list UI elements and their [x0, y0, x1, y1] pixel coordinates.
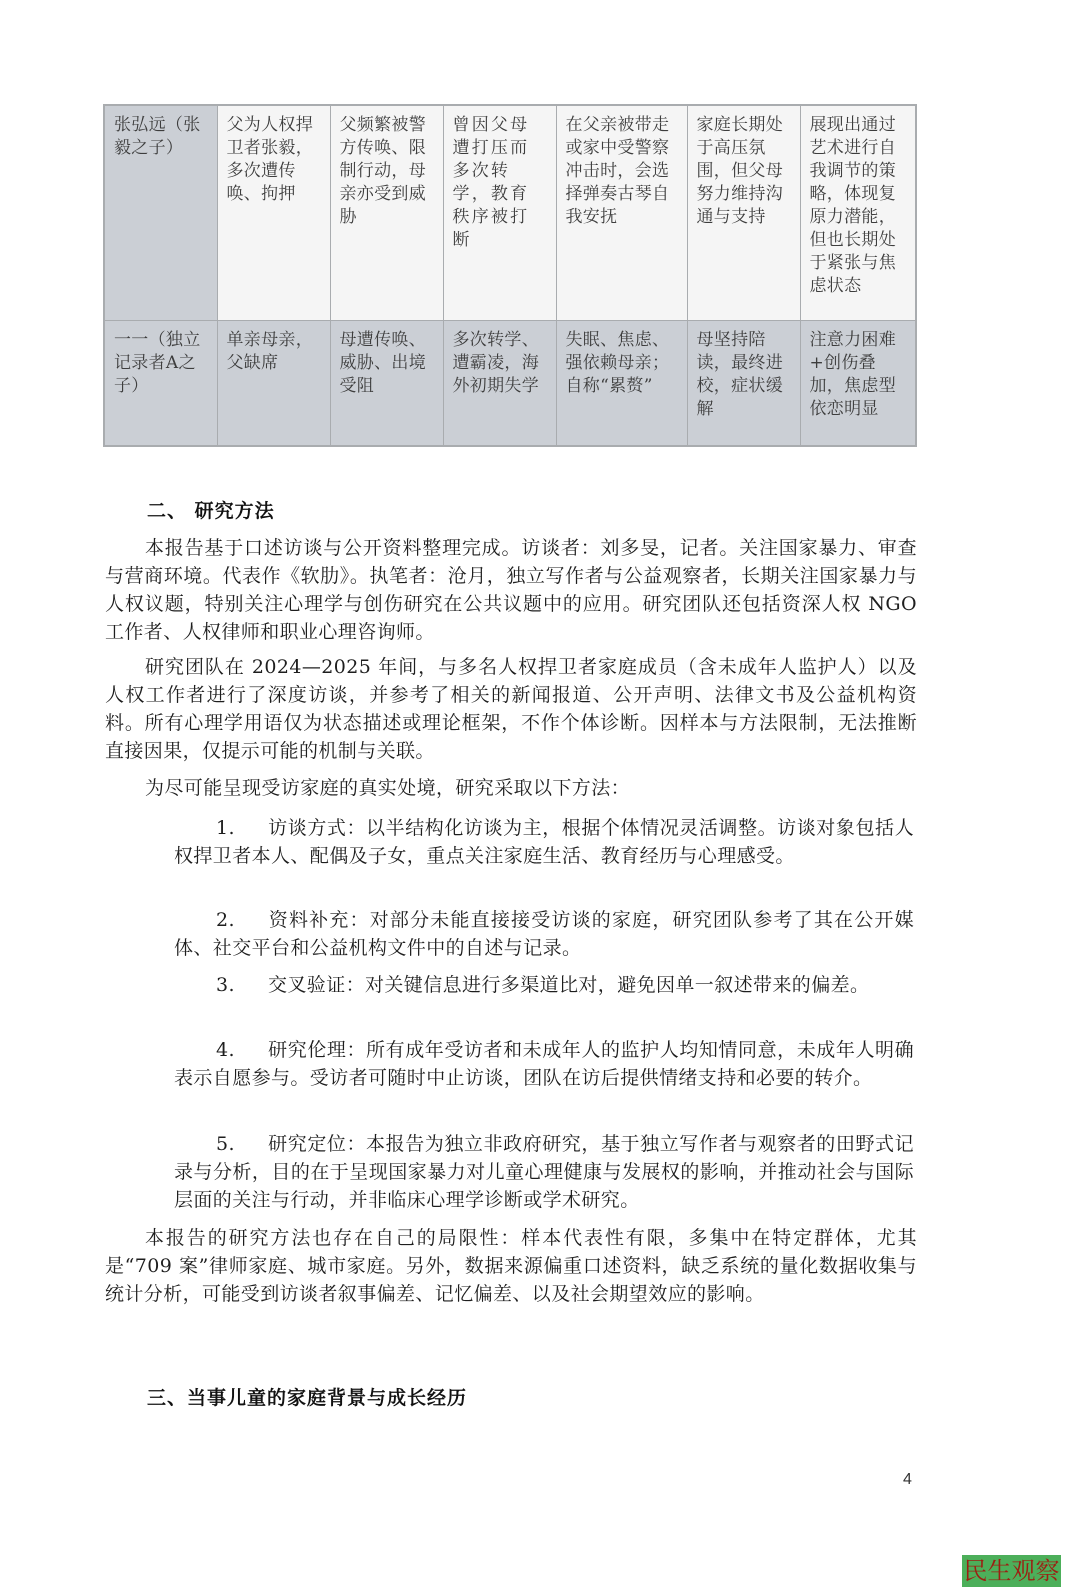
list-number: 1. [216, 814, 268, 842]
methods-limitations-paragraph: 本报告的研究方法也存在自己的局限性：样本代表性有限，多集中在特定群体，尤其是“7… [105, 1224, 917, 1308]
table-cell-support: 母坚持陪读，最终进校，症状缓解 [687, 321, 800, 447]
watermark-logo: 民生观察 [962, 1555, 1061, 1587]
method-list-item-1: 1.访谈方式：以半结构化访谈为主，根据个体情况灵活调整。访谈对象包括人权捍卫者本… [174, 814, 914, 870]
list-text: 研究定位：本报告为独立非政府研究，基于独立写作者与观察者的田野式记录与分析，目的… [174, 1133, 914, 1211]
list-number: 5. [216, 1130, 268, 1158]
section-heading-methods: 二、 研究方法 [147, 496, 275, 523]
table-row: 一一（独立记录者A之子） 单亲母亲，父缺席 母遭传唤、威胁、出境受阻 多次转学、… [104, 321, 916, 447]
table-cell-family-background: 父为人权捍卫者张毅，多次遭传唤、拘押 [217, 105, 330, 321]
table-cell-reaction: 在父亲被带走或家中受警察冲击时，会选择弹奏古琴自我安抚 [556, 105, 687, 321]
methods-paragraph-2: 研究团队在 2024—2025 年间，与多名人权捍卫者家庭成员（含未成年人监护人… [105, 653, 917, 765]
method-list-item-4: 4.研究伦理：所有成年受访者和未成年人的监护人均知情同意，未成年人明确表示自愿参… [174, 1036, 914, 1092]
table-cell-name: 张弘远（张毅之子） [104, 105, 217, 321]
table-cell-assessment: 展现出通过艺术进行自我调节的策略，体现复原力潜能，但也长期处于紧张与焦虑状态 [800, 105, 916, 321]
list-text: 研究伦理：所有成年受访者和未成年人的监护人均知情同意，未成年人明确表示自愿参与。… [174, 1039, 914, 1089]
list-text: 交叉验证：对关键信息进行多渠道比对，避免因单一叙述带来的偏差。 [268, 974, 869, 996]
table-cell-pressure: 母遭传唤、威胁、出境受阻 [330, 321, 443, 447]
table-cell-name: 一一（独立记录者A之子） [104, 321, 217, 447]
methods-paragraph-3: 为尽可能呈现受访家庭的真实处境，研究采取以下方法： [105, 774, 917, 802]
document-page: 张弘远（张毅之子） 父为人权捍卫者张毅，多次遭传唤、拘押 父频繁被警方传唤、限制… [0, 0, 1081, 1590]
method-list-item-3: 3.交叉验证：对关键信息进行多渠道比对，避免因单一叙述带来的偏差。 [174, 971, 914, 999]
list-text: 资料补充：对部分未能直接接受访谈的家庭，研究团队参考了其在公开媒体、社交平台和公… [174, 909, 914, 959]
page-number: 4 [903, 1471, 912, 1489]
method-list-item-2: 2.资料补充：对部分未能直接接受访谈的家庭，研究团队参考了其在公开媒体、社交平台… [174, 906, 914, 962]
table-cell-assessment: 注意力困难+创伤叠加，焦虑型依恋明显 [800, 321, 916, 447]
list-text: 访谈方式：以半结构化访谈为主，根据个体情况灵活调整。访谈对象包括人权捍卫者本人、… [174, 817, 914, 867]
table-cell-pressure: 父频繁被警方传唤、限制行动，母亲亦受到威胁 [330, 105, 443, 321]
case-comparison-table: 张弘远（张毅之子） 父为人权捍卫者张毅，多次遭传唤、拘押 父频繁被警方传唤、限制… [103, 104, 917, 447]
method-list-item-5: 5.研究定位：本报告为独立非政府研究，基于独立写作者与观察者的田野式记录与分析，… [174, 1130, 914, 1214]
table-cell-education: 多次转学、遭霸凌，海外初期失学 [443, 321, 556, 447]
table-cell-support: 家庭长期处于高压氛围，但父母努力维持沟通与支持 [687, 105, 800, 321]
methods-paragraph-1: 本报告基于口述访谈与公开资料整理完成。访谈者：刘多旻，记者。关注国家暴力、审查与… [105, 534, 917, 646]
table-cell-family-background: 单亲母亲，父缺席 [217, 321, 330, 447]
list-number: 4. [216, 1036, 268, 1064]
table-row: 张弘远（张毅之子） 父为人权捍卫者张毅，多次遭传唤、拘押 父频繁被警方传唤、限制… [104, 105, 916, 321]
section-heading-family-background: 三、当事儿童的家庭背景与成长经历 [147, 1383, 467, 1410]
table-cell-education: 曾因父母遭打压而多次转学，教育秩序被打断 [443, 105, 556, 321]
list-number: 3. [216, 971, 268, 999]
table-cell-reaction: 失眠、焦虑、强依赖母亲；自称“累赘” [556, 321, 687, 447]
list-number: 2. [216, 906, 268, 934]
